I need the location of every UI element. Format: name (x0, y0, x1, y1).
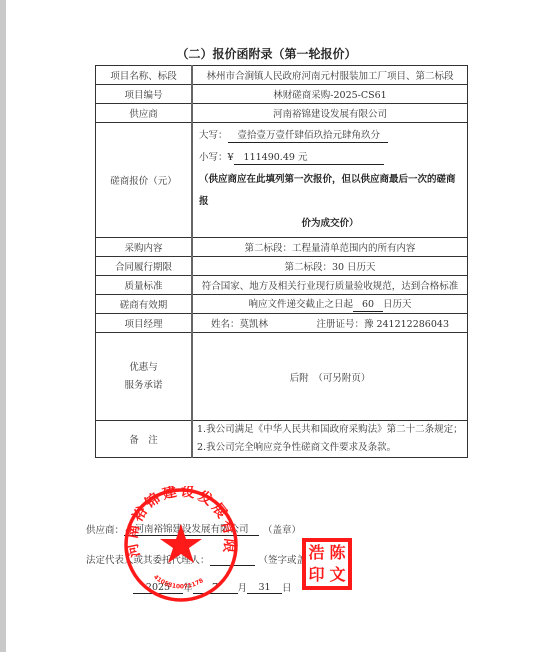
promise-label-line-2: 服务承诺 (100, 377, 187, 395)
price-upper-prefix: 大写： (199, 130, 228, 141)
promise-value: 后附 （可另附页） (192, 333, 468, 421)
project-name-value: 林州市合涧镇人民政府河南元村服装加工厂项目、第二标段 (192, 66, 468, 85)
table-row: 项目名称、标段 林州市合涧镇人民政府河南元村服装加工厂项目、第二标段 (96, 66, 468, 85)
remark-cell: 1.我公司满足《中华人民共和国政府采购法》第二十二条规定； 2.我公司完全响应竞… (192, 421, 468, 458)
seal-char: 浩 (306, 542, 327, 564)
seal-char: 文 (327, 564, 348, 586)
remark-label: 备 注 (96, 421, 193, 458)
table-row: 磋商报价（元） 大写：壹拾壹万壹仟肆佰玖拾元肆角玖分 小写：¥111490.49… (96, 123, 468, 238)
quality-label: 质量标准 (96, 276, 193, 295)
signature-supplier-suffix: （盖章） (263, 525, 301, 536)
table-row: 优惠与 服务承诺 后附 （可另附页） (96, 333, 468, 421)
manager-label: 项目经理 (96, 314, 193, 333)
price-lower-line: 小写：¥111490.49 元 (199, 147, 461, 169)
table-row: 磋商有效期 响应文件递交截止之日起60日历天 (96, 295, 468, 314)
seal-char: 印 (306, 564, 327, 586)
price-cell: 大写：壹拾壹万壹仟肆佰玖拾元肆角玖分 小写：¥111490.49 元 （供应商应… (192, 123, 468, 238)
manager-name: 姓名：莫凯林 (211, 316, 268, 330)
price-note-line-2: 价为成交价） (199, 213, 461, 235)
validity-suffix: 日历天 (383, 299, 412, 310)
remark-line-2: 2.我公司完全响应竞争性磋商文件要求及条款。 (197, 439, 463, 457)
quality-value: 符合国家、地方及相关行业现行质量验收规范，达到合格标准 (192, 276, 468, 295)
personal-seal: 浩 陈 印 文 (302, 538, 352, 590)
validity-cell: 响应文件递交截止之日起60日历天 (192, 295, 468, 314)
table-row: 备 注 1.我公司满足《中华人民共和国政府采购法》第二十二条规定； 2.我公司完… (96, 421, 468, 458)
price-upper-value: 壹拾壹万壹仟肆佰玖拾元肆角玖分 (228, 130, 388, 143)
remark-line-1: 1.我公司满足《中华人民共和国政府采购法》第二十二条规定； (197, 421, 463, 439)
page-title: （二）报价函附录（第一轮报价） (0, 45, 533, 62)
price-lower-prefix: 小写：¥ (199, 152, 234, 163)
quote-appendix-table: 项目名称、标段 林州市合涧镇人民政府河南元村服装加工厂项目、第二标段 项目编号 … (95, 65, 468, 458)
table-row: 项目经理 姓名：莫凯林 注册证号：豫 241212286043 (96, 314, 468, 333)
seal-char: 陈 (327, 542, 348, 564)
supplier-label: 供应商 (96, 104, 193, 123)
supplier-value: 河南裕锦建设发展有限公司 (192, 104, 468, 123)
table-row: 质量标准 符合国家、地方及相关行业现行质量验收规范，达到合格标准 (96, 276, 468, 295)
project-no-label: 项目编号 (96, 85, 193, 104)
manager-cert: 注册证号：豫 241212286043 (316, 316, 449, 330)
signature-supplier-label: 供应商： (86, 525, 124, 536)
content-value: 第二标段：工程量清单范围内的所有内容 (192, 238, 468, 257)
date-day: 31 (247, 582, 282, 594)
svg-text:4105810071178: 4105810071178 (152, 574, 205, 591)
project-no-value: 林财磋商采购-2025-CS61 (192, 85, 468, 104)
left-page-gutter (0, 0, 6, 652)
validity-label: 磋商有效期 (96, 295, 193, 314)
price-note: （供应商应在此填列第一次报价，但以供应商最后一次的磋商报 价为成交价） (199, 169, 461, 235)
validity-prefix: 响应文件递交截止之日起 (248, 299, 353, 310)
promise-label-line-1: 优惠与 (100, 359, 187, 377)
content-label: 采购内容 (96, 238, 193, 257)
price-lower-value: 111490.49 元 (234, 152, 384, 165)
price-upper-line: 大写：壹拾壹万壹仟肆佰玖拾元肆角玖分 (199, 125, 461, 147)
project-name-label: 项目名称、标段 (96, 66, 193, 85)
manager-cell: 姓名：莫凯林 注册证号：豫 241212286043 (192, 314, 468, 333)
period-label: 合同履行期限 (96, 257, 193, 276)
price-label: 磋商报价（元） (96, 123, 193, 238)
company-seal-icon: 河南裕锦建设发展有限公司 4105810071178 (122, 486, 240, 604)
table-row: 合同履行期限 第二标段：30 日历天 (96, 257, 468, 276)
date-day-unit: 日 (282, 583, 292, 594)
table-row: 采购内容 第二标段：工程量清单范围内的所有内容 (96, 238, 468, 257)
promise-label: 优惠与 服务承诺 (96, 333, 193, 421)
period-value: 第二标段：30 日历天 (192, 257, 468, 276)
validity-days: 60 (353, 299, 383, 312)
price-note-line-1: （供应商应在此填列第一次报价，但以供应商最后一次的磋商报 (199, 174, 456, 207)
table-row: 供应商 河南裕锦建设发展有限公司 (96, 104, 468, 123)
table-row: 项目编号 林财磋商采购-2025-CS61 (96, 85, 468, 104)
